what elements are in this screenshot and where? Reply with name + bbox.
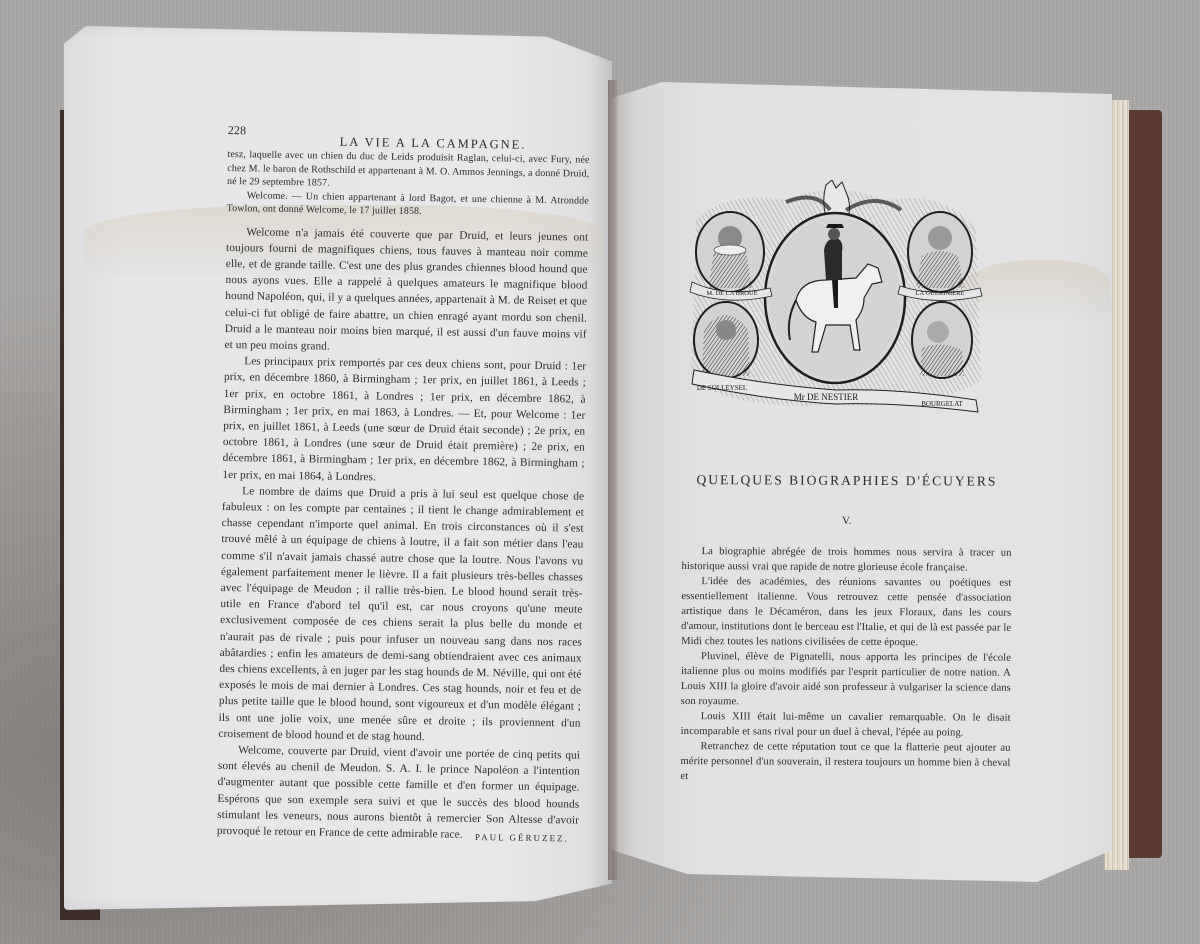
left-page-text: 228 LA VIE A LA CAMPAGNE. tesz, laquelle… bbox=[217, 122, 590, 847]
chapter-title: QUELQUES BIOGRAPHIES D'ÉCUYERS bbox=[682, 472, 1012, 490]
svg-text:Mr DE NESTIER: Mr DE NESTIER bbox=[794, 392, 859, 402]
paragraph: La biographie abrégée de trois hommes no… bbox=[681, 544, 1011, 576]
engraving-illustration: M. DE LA BROUE LA GUÉRINIÈRE DE SOLLEYSE… bbox=[686, 180, 984, 416]
paragraph: Pluvinel, élève de Pignatelli, nous appo… bbox=[681, 649, 1011, 711]
paragraph: Welcome n'a jamais été couverte que par … bbox=[224, 223, 588, 358]
svg-text:LA GUÉRINIÈRE: LA GUÉRINIÈRE bbox=[916, 289, 965, 297]
paragraph: Retranchez de cette réputation tout ce q… bbox=[680, 739, 1010, 786]
paragraph: L'idée des académies, des réunions savan… bbox=[681, 574, 1011, 651]
paragraph: Le nombre de daims que Druid a pris à lu… bbox=[218, 483, 584, 748]
paragraph: tesz, laquelle avec un chien du duc de L… bbox=[227, 148, 590, 194]
book-gutter bbox=[608, 80, 618, 880]
running-head: LA VIE A LA CAMPAGNE. bbox=[340, 134, 527, 153]
chapter-number: V. bbox=[682, 512, 1012, 530]
right-page-text: QUELQUES BIOGRAPHIES D'ÉCUYERS V. La bio… bbox=[680, 472, 1012, 786]
paragraph: Louis XIII était lui-même un cavalier re… bbox=[681, 709, 1011, 741]
paragraph: Welcome. — Un chien appartenant à lord B… bbox=[227, 188, 589, 221]
paragraph: Les principaux prix remportés par ces de… bbox=[222, 353, 586, 488]
page-number: 228 bbox=[228, 122, 247, 138]
svg-text:BOURGELAT: BOURGELAT bbox=[921, 400, 963, 408]
engraving-label: M. DE LA BROUE bbox=[706, 290, 757, 297]
svg-text:DE SOLLEYSEL: DE SOLLEYSEL bbox=[697, 384, 747, 392]
